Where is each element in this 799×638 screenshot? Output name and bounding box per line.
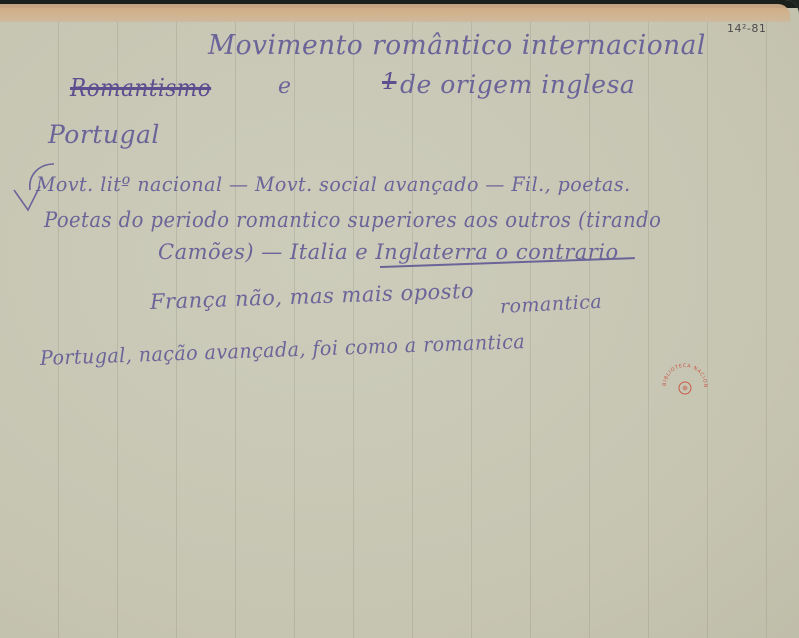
struck-word: Romantismo <box>70 74 211 102</box>
struck-numeral: 1 <box>382 70 397 95</box>
paper-tape-strip <box>0 4 790 22</box>
body-line-5: Portugal, nação avançada, foi como a rom… <box>40 329 526 370</box>
manuscript-page: 14²-81 Movimento romântico internacional… <box>0 0 799 638</box>
svg-text:BIBLIOTECA NACIONAL: BIBLIOTECA NACIONAL <box>660 360 708 388</box>
body-line-4-tail: romantica <box>499 291 602 318</box>
section-title: Portugal <box>48 120 160 149</box>
subheading-text: de origem inglesa <box>400 70 635 99</box>
body-line-4: França não, mas mais oposto <box>150 279 475 314</box>
body-line-1: Movt. litº nacional — Movt. social avanç… <box>36 172 631 196</box>
library-stamp-icon: BIBLIOTECA NACIONAL <box>660 360 710 400</box>
folio-number: 14²-81 <box>727 22 766 35</box>
body-line-2: Poetas do periodo romantico superiores a… <box>44 208 661 232</box>
conjunction-text: e <box>278 74 292 99</box>
heading-text: Movimento romântico internacional <box>208 30 706 61</box>
